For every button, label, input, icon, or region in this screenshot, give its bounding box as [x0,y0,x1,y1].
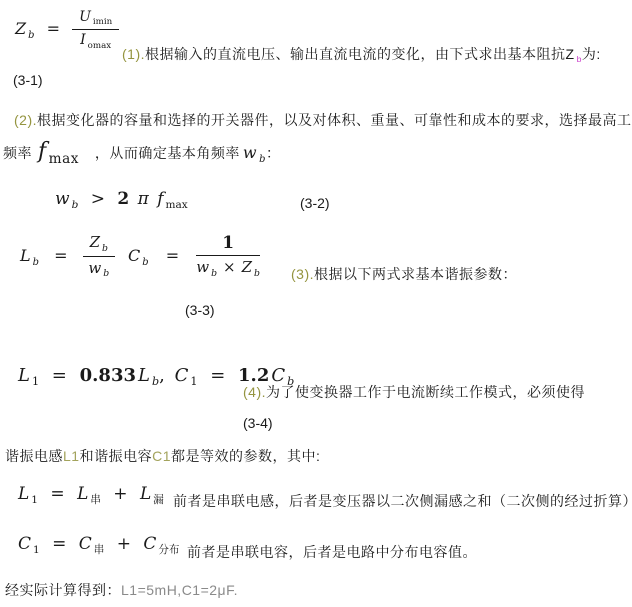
equals-sign: = [52,365,67,386]
fraction-numerator: Uimin [72,9,119,30]
paragraph-2-text: 根据变化器的容量和选择的开关器件，以及对体积、重量、可靠性和成本的要求，选择最高… [37,112,632,128]
l1-coefficient: 0.833 [80,365,136,386]
c1-term: C1 [18,534,40,554]
paragraph-2-line1: (2).根据变化器的容量和选择的开关器件，以及对体积、重量、可靠性和成本的要求，… [14,110,632,130]
fraction-numerator: 1 [196,233,260,256]
c-distributed-term: C分布 [143,534,179,554]
equals-sign: = [54,246,67,265]
fmax-term: fmax [157,189,188,209]
fmax-inline-formula: fmax [38,139,79,167]
l-series-term: L串 [77,484,101,504]
paragraph-1-text: 根据输入的直流电压、输出直流电流的变化，由下式求出基本阻抗Z [145,46,575,62]
c1-reference: C1 [152,448,171,464]
paragraph-5-mid: 和谐振电容 [80,448,153,464]
paragraph-4: (4).为了使变换器工作于电流断续工作模式，必须使得 [243,382,585,402]
equals-sign: = [47,19,60,38]
fraction-denominator: Iomax [72,30,119,50]
pi-symbol: π [138,189,149,209]
paragraph-3-text: 根据以下两式求基本谐振参数： [314,266,517,282]
cb-fraction: 1 wb×Zb [196,233,260,279]
c1-term: C1 [175,365,198,386]
coefficient-two: 2 [117,189,129,209]
formula-lb-cb: Lb = Zb wb Cb = 1 wb×Zb [20,233,260,279]
lb-term: Lb [20,246,39,265]
paragraph-4-text: 为了使变换器工作于电流断续工作模式，必须使得 [266,384,585,400]
paragraph-1: (1).根据输入的直流电压、输出直流电流的变化，由下式求出基本阻抗Zb为: [122,44,601,64]
paragraph-3: (3).根据以下两式求基本谐振参数： [291,264,517,284]
paragraph-5-tail: 都是等效的参数，其中: [171,448,320,464]
formula-c1-sum: C1 = C串 + C分布 [18,534,179,557]
paragraph-6: 前者是串联电感，后者是变压器以二次侧漏感之和（二次侧的经过折算） [173,491,632,511]
item-marker-4: (4). [243,384,266,400]
formula-l1-sum: L1 = L串 + L漏 [18,484,164,507]
paragraph-7-text: 前者是串联电容，后者是电路中分布电容值。 [187,544,477,560]
equals-sign: = [166,246,179,265]
l1-term: L1 [18,484,38,504]
l-leakage-term: L漏 [140,484,164,504]
item-marker-1: (1). [122,46,145,62]
result-line: 经实际计算得到：L1=5mH,C1=2μF. [5,580,238,600]
greater-than-sign: > [91,189,105,209]
paragraph-7: 前者是串联电容，后者是电路中分布电容值。 [187,542,477,562]
l1-reference: L1 [63,448,80,464]
l1-term: L1 [18,365,39,386]
equation-label-3-1: (3-1) [13,72,43,88]
comma: , [159,365,165,386]
wb-inline-formula: wb [243,143,266,165]
zb-fraction: Uimin Iomax [72,9,119,51]
c-series-term: C串 [79,534,105,554]
plus-sign: + [117,534,131,554]
paragraph-2-mid: ，从而确定基本角频率 [95,143,240,163]
wb-term: wb [55,189,78,209]
equals-sign: = [50,484,64,504]
paragraph-2-line2: 频率 fmax ，从而确定基本角频率 wb ： [3,139,280,167]
item-marker-2: (2). [14,112,37,128]
paragraph-6-text: 前者是串联电感，后者是变压器以二次侧漏感之和（二次侧的经过折算） [173,493,632,509]
lb-fraction: Zb wb [83,233,115,279]
equation-label-3-2: (3-2) [300,195,330,211]
result-value: L1=5mH,C1=2μF. [121,582,238,598]
cb-term: Cb [128,246,149,265]
plus-sign: + [113,484,127,504]
formula-zb-definition: Zb = Uimin Iomax [15,9,119,51]
freq-label: 频率 [3,143,32,163]
fraction-denominator: wb [83,257,115,280]
equals-sign: = [210,365,225,386]
paragraph-5-pre: 谐振电感 [5,448,63,464]
fraction-numerator: Zb [83,233,115,257]
equals-sign: = [52,534,66,554]
paragraph-2-colon: ： [266,143,281,163]
paragraph-5: 谐振电感L1和谐振电容C1都是等效的参数，其中: [5,446,320,466]
paragraph-1-tail: 为: [582,46,601,62]
fraction-denominator: wb×Zb [196,256,260,279]
zb-lhs: Zb [15,19,34,38]
equation-label-3-4: (3-4) [243,415,273,431]
item-marker-3: (3). [291,266,314,282]
formula-wb-inequality: wb > 2 π fmax [55,189,188,211]
equation-label-3-3: (3-3) [185,302,215,318]
result-label: 经实际计算得到： [5,582,121,598]
lb-term: Lb [138,365,159,386]
